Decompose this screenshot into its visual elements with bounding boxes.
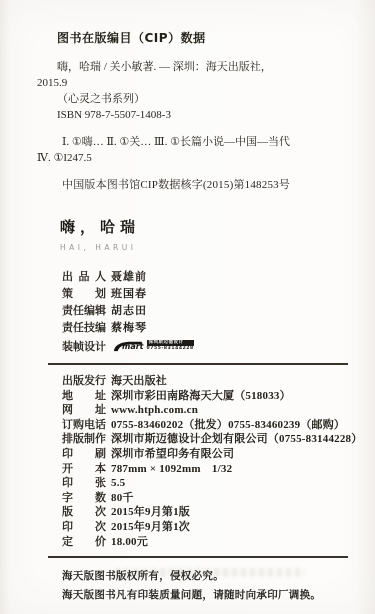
credit-value: 胡志田 [111, 303, 147, 320]
credit-label: 责任编辑 [62, 303, 106, 320]
cip-body: 嗨，哈瑞 / 关小敏著. — 深圳：海天出版社， 2015.9 （心灵之书系列）… [57, 59, 357, 123]
pub-value: 深圳市彩田南路海天大厦（518033） [111, 389, 291, 404]
cip-classification: Ⅰ. ①嗨… Ⅱ. ①关… Ⅲ. ①长篇小说—中国—当代 Ⅳ. ①I247.5 [57, 134, 357, 166]
credit-value: 蔡梅琴 [111, 320, 147, 337]
pub-label: 定价 [62, 535, 106, 550]
copyright-page: 图书在版编目（CIP）数据 嗨，哈瑞 / 关小敏著. — 深圳：海天出版社， 2… [0, 0, 375, 614]
pub-label: 字数 [62, 491, 106, 506]
cip-publication-line: 嗨，哈瑞 / 关小敏著. — 深圳：海天出版社， [57, 59, 357, 75]
pub-row-typesetting: 排版制作 深圳市斯迈德设计企划有限公司（0755-83144228） [62, 432, 375, 447]
credit-row-technical-editor: 责任技编 蔡梅琴 [62, 320, 375, 337]
pub-value: 海天出版社 [111, 374, 167, 389]
pub-label: 地址 [62, 389, 106, 404]
page-showthrough-smudge [115, 568, 305, 577]
pub-label: 印张 [62, 476, 106, 491]
cip-isbn-line: ISBN 978-7-5507-1408-3 [57, 107, 357, 123]
pub-label: 印刷 [62, 447, 106, 462]
credit-label: 责任技编 [62, 320, 106, 337]
pub-value: 2015年9月第1版 [111, 505, 190, 520]
divider-bottom [48, 556, 348, 558]
pub-value: 深圳市希望印务有限公司 [111, 447, 234, 462]
pub-label: 出版发行 [62, 374, 106, 389]
cip-class-line: Ⅰ. ①嗨… Ⅱ. ①关… Ⅲ. ①长篇小说—中国—当代 [62, 134, 357, 150]
cip-publication-line-wrap: 2015.9 [37, 75, 357, 91]
credit-label: 出品人 [62, 269, 106, 286]
cip-header: 图书在版编目（CIP）数据 [57, 30, 357, 46]
pub-row-publisher: 出版发行 海天出版社 [62, 374, 375, 389]
quality-notice-line: 海天版图书凡有印装质量问题，请随时向承印厂调换。 [62, 586, 375, 605]
pub-value: 18.00元 [111, 535, 148, 550]
credit-row-editor: 责任编辑 胡志田 [62, 303, 375, 320]
pub-value: 2015年9月第1次 [111, 520, 190, 535]
pub-value: 0755-83460202（批发）0755-83460239（邮购） [111, 418, 345, 433]
credit-row-cover-design: 装帧设计 mart 深圳斯迈德设计 0755-83144228 [62, 337, 375, 356]
cip-class-line-wrap: Ⅳ. ①I247.5 [37, 150, 357, 166]
pub-row-sheets: 印张 5.5 [62, 476, 375, 491]
pub-row-address: 地址 深圳市彩田南路海天大厦（518033） [62, 389, 375, 404]
pub-label: 开本 [62, 462, 106, 477]
pub-row-edition: 版次 2015年9月第1版 [62, 505, 375, 520]
pub-label: 订购电话 [62, 418, 106, 433]
pub-row-price: 定价 18.00元 [62, 535, 375, 550]
pub-label: 版次 [62, 505, 106, 520]
pub-label: 网址 [62, 403, 106, 418]
pub-row-website: 网址 www.htph.com.cn [62, 403, 375, 418]
cip-record-number: 中国版本图书馆CIP数据核字(2015)第148253号 [62, 177, 357, 193]
publishing-list: 出版发行 海天出版社 地址 深圳市彩田南路海天大厦（518033） 网址 www… [62, 374, 375, 549]
smart-brand-text: mart [122, 343, 144, 351]
credit-label: 装帧设计 [62, 339, 106, 356]
smart-caption-phone: 0755-83144228 [147, 346, 194, 352]
pub-value: 787mm × 1092mm 1/32 [111, 462, 232, 477]
pub-row-impression: 印次 2015年9月第1次 [62, 520, 375, 535]
pub-value: 5.5 [111, 476, 125, 491]
pub-row-format: 开本 787mm × 1092mm 1/32 [62, 462, 375, 477]
credits-list: 出品人 聂雄前 策划 班国春 责任编辑 胡志田 责任技编 蔡梅琴 装帧设计 ma… [62, 269, 375, 356]
pub-value: 80千 [111, 491, 134, 506]
credit-label: 策划 [62, 286, 106, 303]
cip-block: 图书在版编目（CIP）数据 嗨，哈瑞 / 关小敏著. — 深圳：海天出版社， 2… [57, 30, 357, 193]
smart-logo-caption: 深圳斯迈德设计 0755-83144228 [147, 340, 194, 352]
title-block: 嗨，哈瑞 HAI, HARUI [60, 217, 375, 256]
cip-series-line: （心灵之书系列） [57, 91, 357, 107]
pub-value: www.htph.com.cn [111, 403, 198, 418]
book-title-pinyin: HAI, HARUI [60, 240, 375, 256]
credit-value: 聂雄前 [111, 269, 147, 286]
credit-value: 班国春 [111, 286, 147, 303]
credit-row-producer: 出品人 聂雄前 [62, 269, 375, 286]
book-title: 嗨，哈瑞 [60, 217, 375, 237]
pub-label: 印次 [62, 520, 106, 535]
pub-row-order-phone: 订购电话 0755-83460202（批发）0755-83460239（邮购） [62, 418, 375, 433]
pub-value: 深圳市斯迈德设计企划有限公司（0755-83144228） [111, 432, 362, 447]
divider-top [48, 363, 348, 365]
smart-design-logo: mart 深圳斯迈德设计 0755-83144228 [111, 339, 194, 352]
pub-label: 排版制作 [62, 432, 106, 447]
pub-row-word-count: 字数 80千 [62, 491, 375, 506]
pub-row-printer: 印刷 深圳市希望印务有限公司 [62, 447, 375, 462]
credit-row-planner: 策划 班国春 [62, 286, 375, 303]
